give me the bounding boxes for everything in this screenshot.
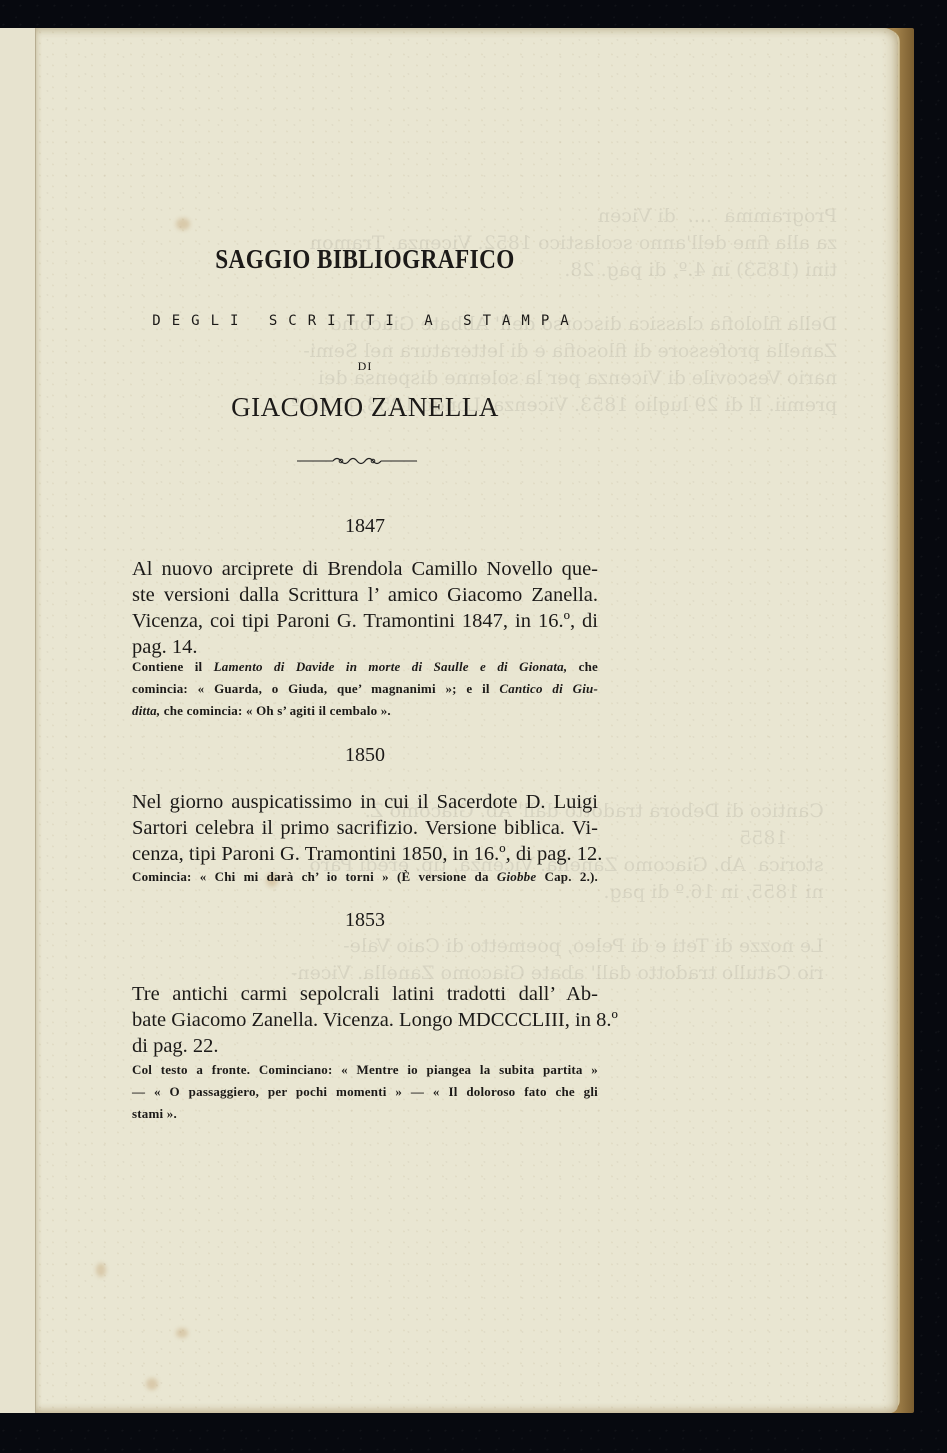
entry-line: Al nuovo arciprete di Brendola Camillo N… [132,556,598,582]
show-through-text: Programma .... di Vicen za alla fine del… [291,203,837,419]
entry-line: di pag. 22. [132,1033,598,1059]
book-page: Programma .... di Vicen za alla fine del… [36,28,898,1413]
paper-stain [96,1263,106,1277]
ornament-divider-icon [297,451,417,471]
note-line: Contiene il Lamento di Davide in morte d… [132,656,598,678]
entry-line: Tre antichi carmi sepolcrali latini trad… [132,981,598,1007]
entry-line: bate Giacomo Zanella. Vicenza. Longo MDC… [132,1007,598,1033]
entry-year: 1847 [132,515,598,538]
entry-line: Vicenza, coi tipi Paroni G. Tramontini 1… [132,608,598,634]
bibliography-entry: Tre antichi carmi sepolcrali latini trad… [132,981,598,1059]
entry-note: Contiene il Lamento di Davide in morte d… [132,656,598,722]
note-line: stami ». [132,1103,598,1125]
bibliography-entry: Nel giorno auspicatissimo in cui il Sace… [132,789,598,867]
note-line: — « O passaggiero, per pochi momenti » —… [132,1081,598,1103]
note-line: Comincia: « Chi mi darà ch’ io torni » (… [132,866,598,888]
entry-note: Col testo a fronte. Cominciano: « Mentre… [132,1059,598,1125]
title-connector: DI [132,359,598,374]
entry-year: 1853 [132,909,598,932]
paper-stain [176,218,190,230]
note-line: comincia: « Guarda, o Giuda, que’ magnan… [132,678,598,700]
note-line: Col testo a fronte. Cominciano: « Mentre… [132,1059,598,1081]
entry-line: ste versioni dalla Scrittura l’ amico Gi… [132,582,598,608]
entry-line: Nel giorno auspicatissimo in cui il Sace… [132,789,598,815]
page-title: SAGGIO BIBLIOGRAFICO [165,244,566,275]
entry-note: Comincia: « Chi mi darà ch’ io torni » (… [132,866,598,888]
paper-stain [176,1328,188,1338]
facing-page-strip [0,28,36,1413]
entry-line: cenza, tipi Paroni G. Tramontini 1850, i… [132,841,598,867]
page-subtitle: DEGLI SCRITTI A STAMPA [146,313,586,329]
entry-line: Sartori celebra il primo sacrifizio. Ver… [132,815,598,841]
entry-year: 1850 [132,744,598,767]
note-line: ditta, che comincia: « Oh s’ agiti il ce… [132,700,598,722]
bibliography-entry: Al nuovo arciprete di Brendola Camillo N… [132,556,598,660]
author-name: GIACOMO ZANELLA [132,392,598,423]
paper-stain [146,1378,158,1390]
